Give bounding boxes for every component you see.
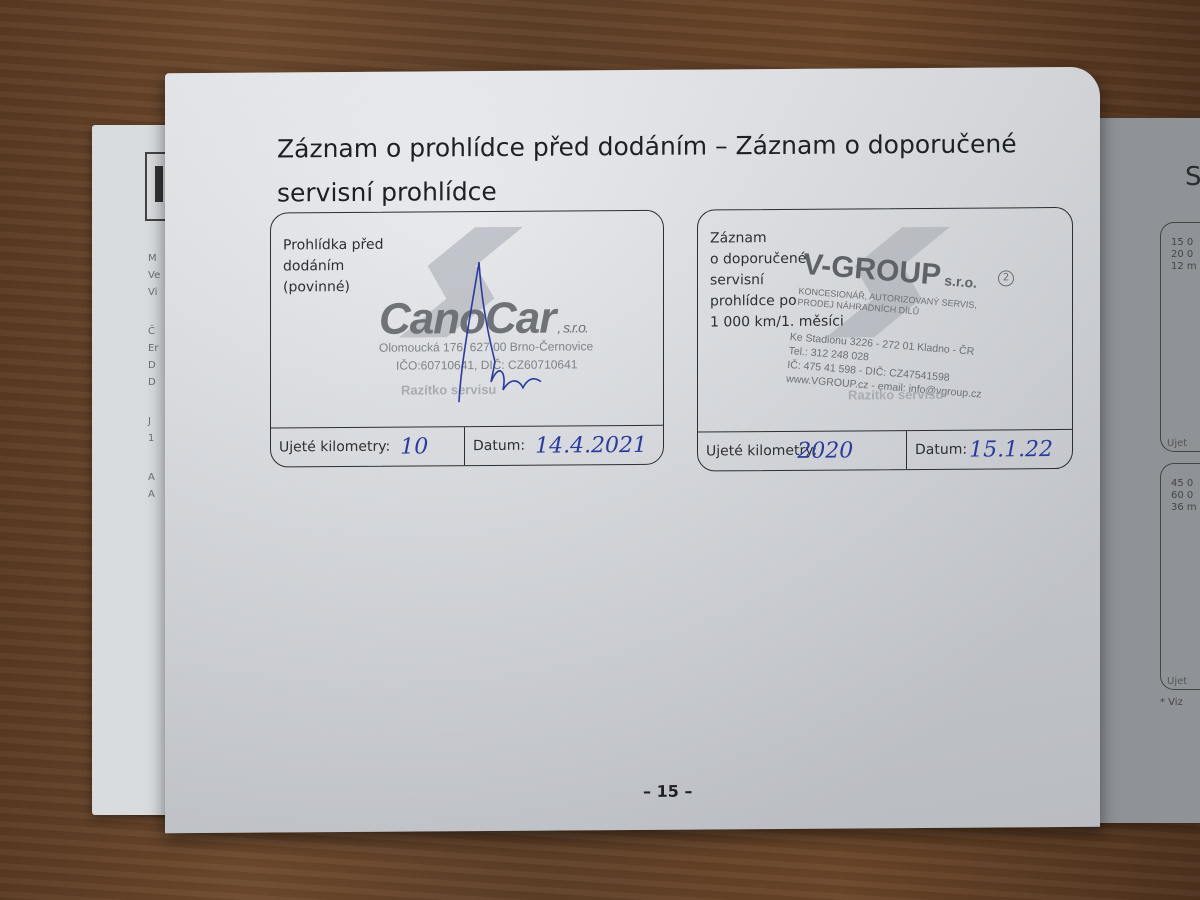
date-value: 15.1.22: [969, 437, 1053, 463]
signature-icon: [451, 251, 561, 422]
right-record-box-1: 15 0 20 0 12 m Ujet: [1160, 222, 1200, 452]
record-label: Prohlídka před dodáním (povinné): [283, 235, 383, 299]
km-field: Ujeté kilometry: 2020: [698, 431, 907, 470]
record-footer: Ujeté kilometry: 10 Datum: 14.4.2021: [271, 425, 663, 467]
record-label: Záznam o doporučené servisní prohlídce p…: [710, 228, 844, 334]
date-field: Datum: 15.1.22: [907, 430, 1053, 469]
km-field: Ujeté kilometry: 10: [271, 427, 465, 466]
date-field: Datum: 14.4.2021: [465, 426, 647, 465]
page-number: – 15 –: [643, 782, 692, 801]
km-value: 2020: [797, 438, 853, 463]
circled-number-icon: 2: [998, 270, 1014, 286]
booklet-page: Záznam o prohlídce před dodáním – Záznam…: [165, 67, 1100, 834]
pre-delivery-inspection-box: Prohlídka před dodáním (povinné) CanoCar…: [270, 210, 664, 468]
right-page-title: S: [1185, 162, 1200, 192]
page-title: Záznam o prohlídce před dodáním – Záznam…: [277, 122, 1037, 215]
right-footnote: * Viz: [1160, 697, 1183, 708]
recommended-service-inspection-box: V-GROUPs.r.o. 2 KONCESIONÁŘ, AUTORIZOVAN…: [697, 207, 1073, 472]
km-value: 10: [400, 434, 428, 459]
record-footer: Ujeté kilometry: 2020 Datum: 15.1.22: [698, 429, 1072, 471]
date-value: 14.4.2021: [535, 432, 647, 458]
right-record-box-2: 45 0 60 0 36 m Ujet: [1160, 463, 1200, 690]
stamp-placeholder: Razítko servisu: [848, 387, 943, 403]
